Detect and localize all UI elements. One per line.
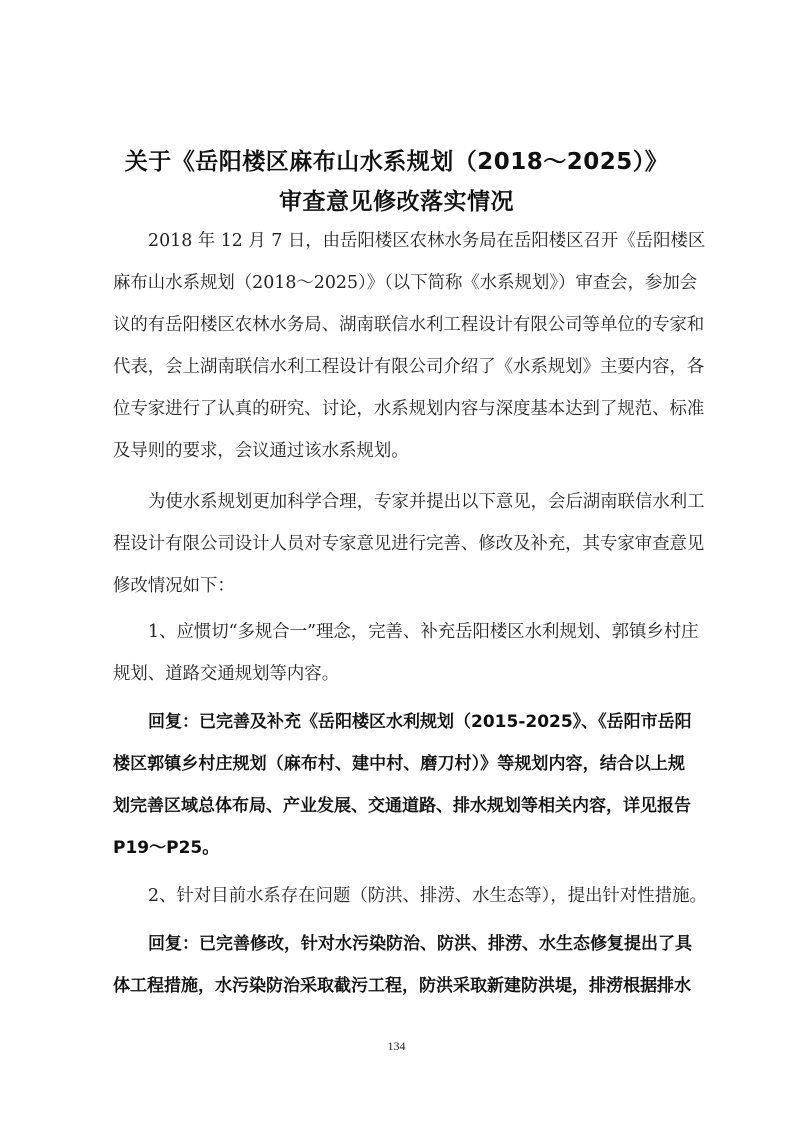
opinion-2-line: 2、针对目前水系存在问题（防洪、排涝、水生态等），提出针对性措施。: [148, 884, 685, 908]
opinion-1-line: 规划、道路交通规划等内容。: [113, 662, 685, 686]
paragraph-context-line: 为使水系规划更加科学合理，专家并提出以下意见，会后湖南联信水利工: [148, 490, 685, 514]
paragraph-intro-line: 议的有岳阳楼区农林水务局、湖南联信水利工程设计有限公司等单位的专家和: [113, 313, 685, 337]
page-number: 134: [0, 1039, 793, 1054]
reply-1-line: 楼区郭镇乡村庄规划（麻布村、建中村、磨刀村）》等规划内容，结合以上规: [113, 752, 685, 776]
paragraph-intro-line: 2018 年 12 月 7 日，由岳阳楼区农林水务局在岳阳楼区召开《岳阳楼区: [148, 229, 685, 253]
reply-1-line: P19～P25。: [113, 836, 685, 860]
paragraph-intro-line: 位专家进行了认真的研究、讨论，水系规划内容与深度基本达到了规范、标准: [113, 397, 685, 421]
paragraph-intro-line: 及导则的要求，会议通过该水系规划。: [113, 439, 685, 463]
document-page: 关于《岳阳楼区麻布山水系规划（2018～2025）》 审查意见修改落实情况 20…: [0, 0, 793, 1122]
reply-1-line: 划完善区域总体布局、产业发展、交通道路、排水规划等相关内容，详见报告: [113, 794, 685, 818]
document-title: 关于《岳阳楼区麻布山水系规划（2018～2025）》: [0, 143, 793, 176]
reply-1-line: 回复：已完善及补充《岳阳楼区水利规划（2015-2025》、《岳阳市岳阳: [148, 710, 685, 734]
paragraph-intro-line: 代表，会上湖南联信水利工程设计有限公司介绍了《水系规划》主要内容，各: [113, 355, 685, 379]
paragraph-context-line: 修改情况如下：: [113, 574, 685, 598]
reply-2-line: 回复：已完善修改，针对水污染防治、防洪、排涝、水生态修复提出了具: [148, 932, 685, 956]
paragraph-intro-line: 麻布山水系规划（2018～2025）》（以下简称《水系规划》）审查会，参加会: [113, 271, 685, 295]
reply-2-line: 体工程措施，水污染防治采取截污工程，防洪采取新建防洪堤，排涝根据排水: [113, 974, 685, 998]
paragraph-context-line: 程设计有限公司设计人员对专家意见进行完善、修改及补充，其专家审查意见: [113, 532, 685, 556]
opinion-1-line: 1、应惯切“多规合一”理念，完善、补充岳阳楼区水利规划、郭镇乡村庄: [148, 620, 685, 644]
document-subtitle: 审查意见修改落实情况: [0, 183, 793, 216]
